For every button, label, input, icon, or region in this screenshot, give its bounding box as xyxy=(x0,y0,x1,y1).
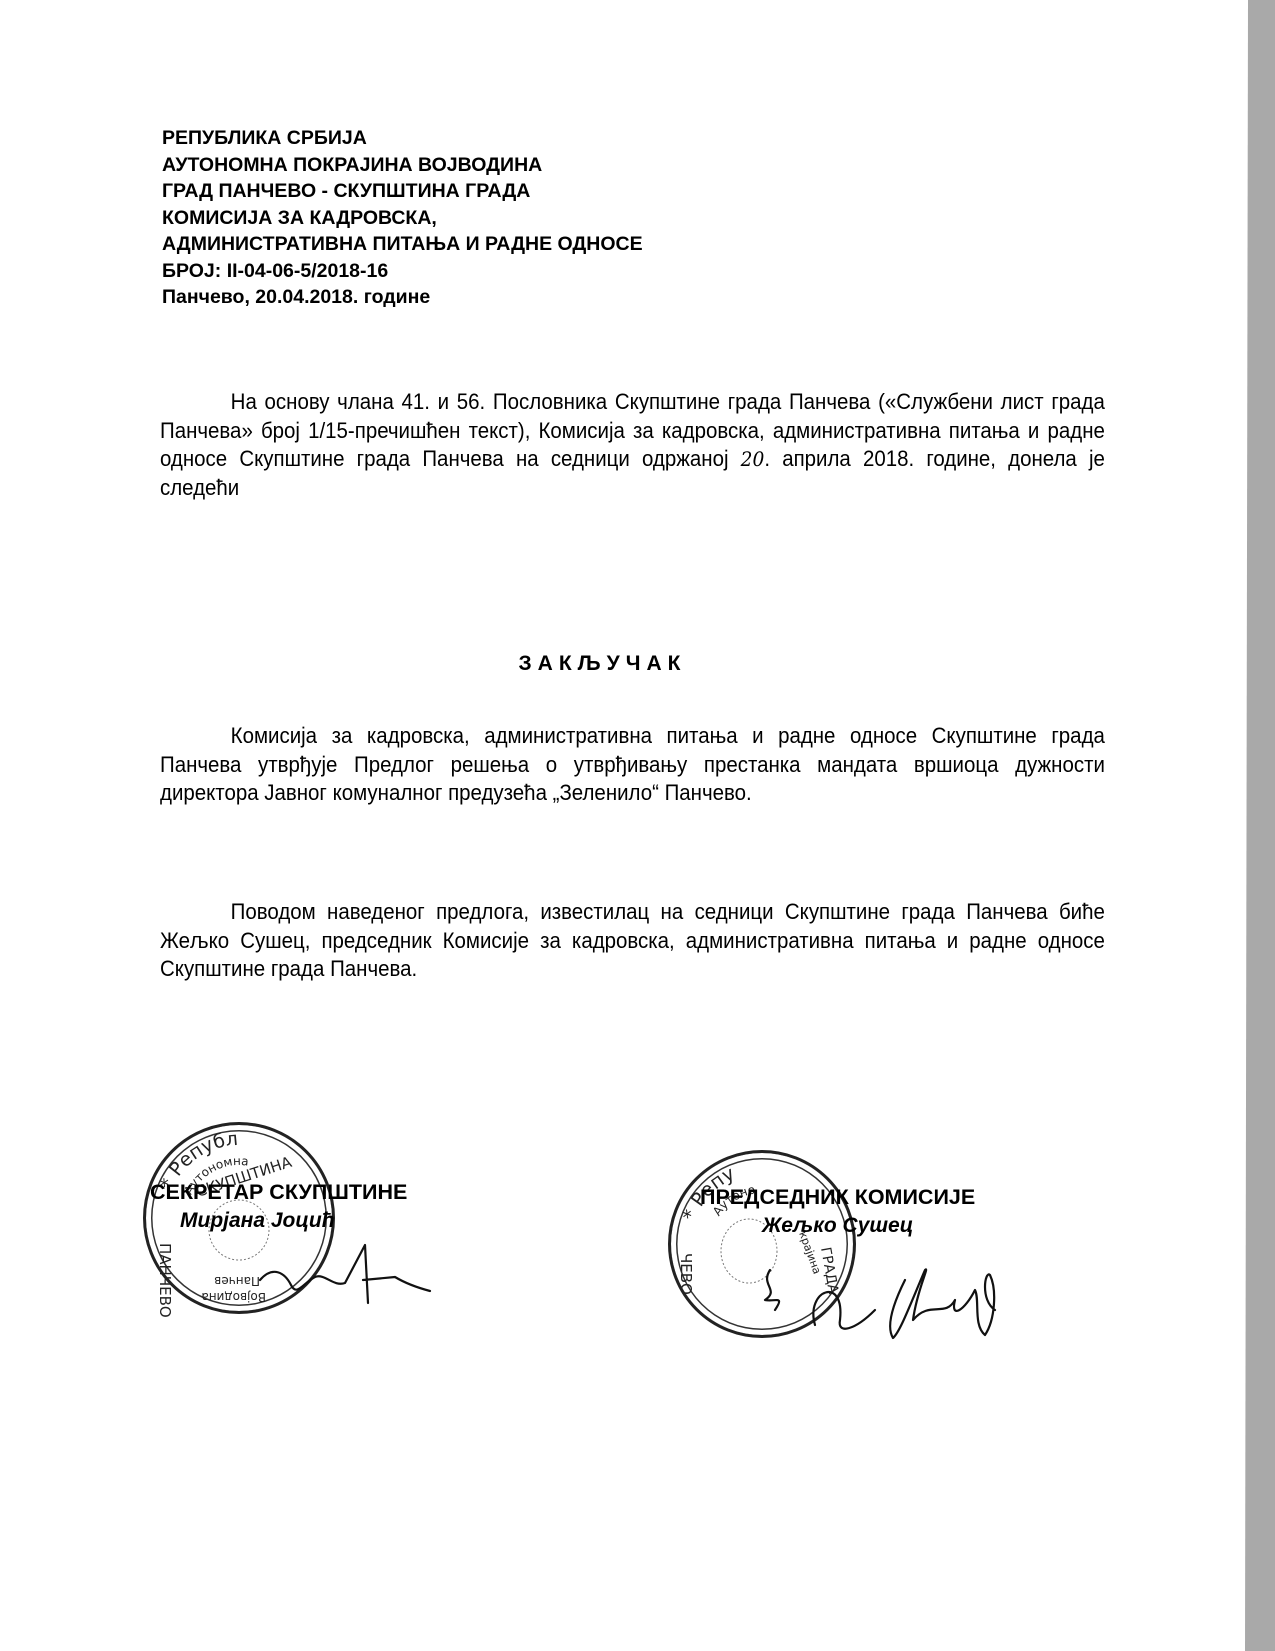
signature-block-president: ПРЕДСЕДНИК КОМИСИЈЕ Жељко Сушец xyxy=(700,1185,975,1238)
document-title: ЗАКЉУЧАК xyxy=(0,652,1205,676)
header-reference-number: БРОЈ: II-04-06-5/2018-16 xyxy=(162,258,643,285)
svg-text:ПАНЧЕВО: ПАНЧЕВО xyxy=(156,1243,174,1318)
svg-text:ЧЕВО: ЧЕВО xyxy=(677,1253,695,1295)
document-header: РЕПУБЛИКА СРБИЈА АУТОНОМНА ПОКРАЈИНА ВОЈ… xyxy=(162,125,643,311)
preamble-paragraph: На основу члана 41. и 56. Пословника Ску… xyxy=(160,388,1105,502)
scan-border xyxy=(1245,0,1275,1651)
header-place-date: Панчево, 20.04.2018. године xyxy=(162,284,643,311)
signatory-role-secretary: СЕКРЕТАР СКУПШТИНЕ xyxy=(150,1180,407,1205)
signatory-name-president: Жељко Сушец xyxy=(700,1214,975,1238)
signatory-role-president: ПРЕДСЕДНИК КОМИСИЈЕ xyxy=(700,1185,975,1210)
header-city-assembly: ГРАД ПАНЧЕВО - СКУПШТИНА ГРАДА xyxy=(162,178,643,205)
handwritten-day: 20 xyxy=(741,447,765,471)
conclusion-paragraph-2: Поводом наведеног предлога, известилац н… xyxy=(160,898,1105,984)
header-commission-line-1: КОМИСИЈА ЗА КАДРОВСКА, xyxy=(162,205,643,232)
document-page: РЕПУБЛИКА СРБИЈА АУТОНОМНА ПОКРАЈИНА ВОЈ… xyxy=(0,0,1240,1651)
handwritten-signature-secretary xyxy=(255,1225,445,1315)
header-commission-line-2: АДМИНИСТРАТИВНА ПИТАЊА И РАДНЕ ОДНОСЕ xyxy=(162,231,643,258)
conclusion-paragraph-1: Комисија за кадровска, административна п… xyxy=(160,722,1105,808)
header-province: АУТОНОМНА ПОКРАЈИНА ВОЈВОДИНА xyxy=(162,152,643,179)
header-country: РЕПУБЛИКА СРБИЈА xyxy=(162,125,643,152)
conclusion-text-1: Комисија за кадровска, административна п… xyxy=(160,723,1105,805)
conclusion-text-2: Поводом наведеног предлога, известилац н… xyxy=(160,899,1105,981)
handwritten-signature-president xyxy=(745,1240,1065,1360)
svg-text:Панчев: Панчев xyxy=(214,1274,260,1288)
